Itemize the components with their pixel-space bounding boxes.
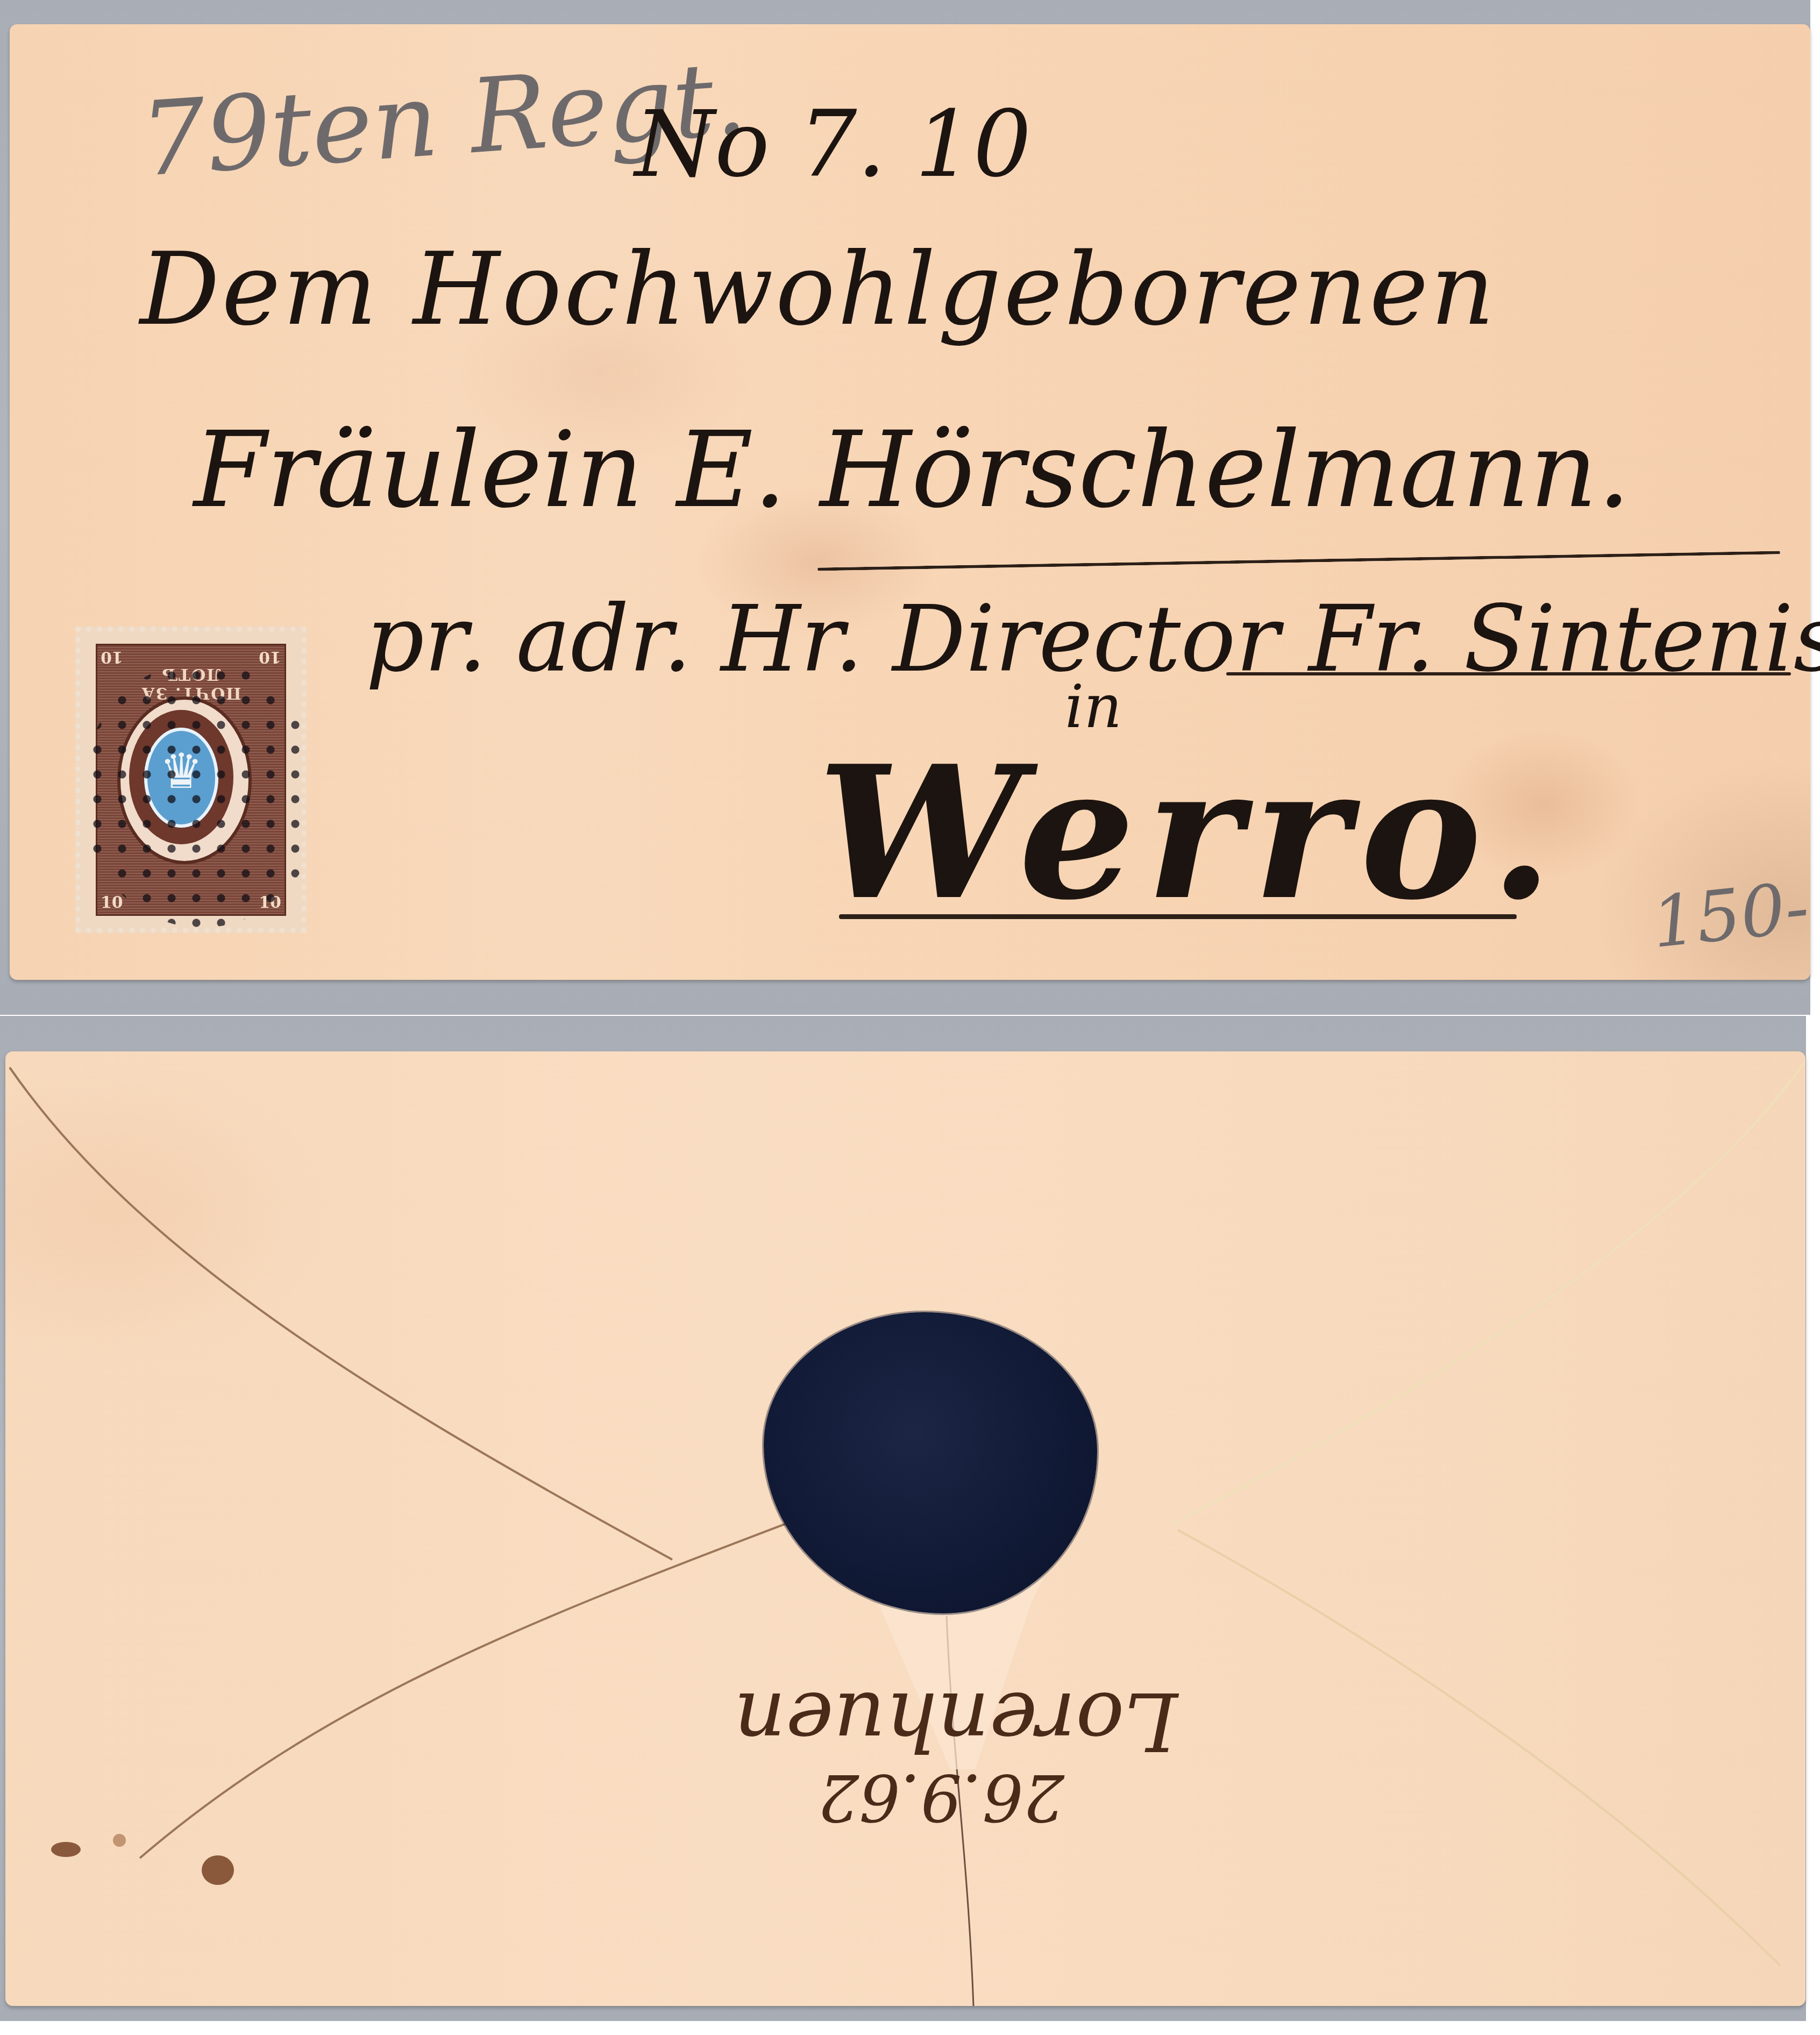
care-of-underline xyxy=(1226,672,1791,675)
stamp-corner-value: 10 xyxy=(259,647,281,666)
ink-stain xyxy=(51,1842,81,1857)
ink-stain xyxy=(202,1855,234,1885)
inverted-note-place: Lorenhuen xyxy=(769,1678,1178,1763)
address-recipient: Fräulein E. Hörschelmann. xyxy=(194,409,1631,531)
address-salutation: Dem Hochwohlgeborenen xyxy=(140,231,1497,347)
inverted-note-date: 26.9.62 xyxy=(769,1763,1178,1831)
postage-stamp: 10 10 10 10 ПОЧТ. ЗА ЛОТЪ ♛ xyxy=(75,627,307,933)
inverted-receiving-note: 26.9.62 Lorenhuen xyxy=(769,1678,1178,1831)
ink-stain xyxy=(113,1834,126,1847)
address-city: Werro. xyxy=(817,726,1564,941)
number-note: No 7. 10 xyxy=(635,91,1032,198)
stamp-corner-value: 10 xyxy=(101,647,123,666)
city-underline xyxy=(839,914,1517,919)
pencil-price-note: 150- xyxy=(1648,866,1812,964)
stamp-corner-value: 10 xyxy=(101,893,123,912)
